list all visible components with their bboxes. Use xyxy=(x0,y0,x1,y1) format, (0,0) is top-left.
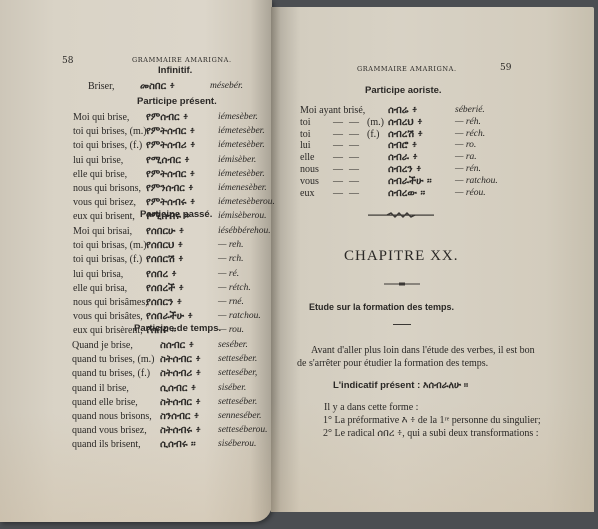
conjugation-row: Quand je brise,ስሰብር ፥seséber. xyxy=(72,340,272,355)
transliteration-text: — réh. xyxy=(455,117,481,127)
list-item: 1° La préformative እ ፥ de la 1ʳᵉ personn… xyxy=(323,415,541,426)
amharic-text: የሰበራችሁ ፥ xyxy=(146,311,193,322)
conjugation-row: Briser, መስበር ፥ mésebér. xyxy=(88,81,268,96)
section-heading: Participe de temps. xyxy=(134,323,221,334)
transliteration-text: — ratchou. xyxy=(218,311,261,321)
dash2-text: — xyxy=(349,117,359,128)
dash2-text: — xyxy=(349,129,359,140)
amharic-text: ስንሰብር ፥ xyxy=(160,411,199,422)
transliteration-text: iémetesèberou. xyxy=(218,197,275,207)
french-text: toi qui brisas, (f.) xyxy=(73,254,142,265)
amharic-text: ሰብራችሁ ። xyxy=(388,176,432,187)
transliteration-text: siséber. xyxy=(218,383,246,393)
gender-text: (f.) xyxy=(367,129,380,140)
transliteration-text: iémetesèber. xyxy=(218,140,265,150)
transliteration-text: — rch. xyxy=(218,254,244,264)
amharic-text: ሰብረህ ፥ xyxy=(388,117,422,128)
transliteration-text: iémisèber. xyxy=(218,155,256,165)
french-text: toi qui brises, (m.) xyxy=(73,126,147,137)
amharic-text: ስሰብር ፥ xyxy=(160,340,194,351)
transliteration-text: — réou. xyxy=(455,188,486,198)
pronoun-text: lui xyxy=(300,140,311,151)
transliteration-text: séberié. xyxy=(455,105,485,115)
pronoun-text: nous xyxy=(300,164,319,175)
amharic-text: የሰበርሁ ፥ xyxy=(146,226,184,237)
running-head: GRAMMAIRE AMARIGNA. xyxy=(132,56,232,64)
transliteration-text: — réch. xyxy=(455,129,485,139)
transliteration-text: — rné. xyxy=(218,297,244,307)
conjugation-row: quand nous brisons,ስንሰብር ፥senneséber. xyxy=(72,411,272,426)
amharic-text: ስትሰብሩ ፥ xyxy=(160,425,201,436)
transliteration-text: iémisèberou. xyxy=(218,211,266,221)
amharic-text: የምትሰብሩ ፥ xyxy=(146,197,195,208)
page-number: 59 xyxy=(500,63,511,73)
amharic-text: የምንሰብር ፥ xyxy=(146,183,194,194)
conjugation-row: quand tu brises, (m.)ስትሰብር ፥setteséber. xyxy=(72,354,272,369)
conjugation-row: lui qui brisa,የሰበረ ፥— ré. xyxy=(73,269,273,284)
conjugation-row: toi qui brisas, (f.)የሰበርሽ ፥— rch. xyxy=(73,254,273,269)
amharic-text: የሰበረ ፥ xyxy=(146,269,177,280)
conjugation-row: elle qui brise,የምትሰብር ፥iémetesèber. xyxy=(73,169,273,184)
pronoun-text: toi xyxy=(300,129,311,140)
french-text: vous qui brisâtes, xyxy=(73,311,143,322)
paragraph-line: Avant d'aller plus loin dans l'étude des… xyxy=(311,345,535,356)
french-text: quand vous brisez, xyxy=(72,425,147,436)
transliteration-text: siséberou. xyxy=(218,439,256,449)
conjugation-row: quand vous brisez,ስትሰብሩ ፥setteséberou. xyxy=(72,425,272,440)
gender-text: (m.) xyxy=(367,117,384,128)
pronoun-text: vous xyxy=(300,176,319,187)
french-text: quand elle brise, xyxy=(72,397,138,408)
running-head: GRAMMAIRE AMARIGNA. xyxy=(357,65,457,73)
dash2-text: — xyxy=(349,140,359,151)
pronoun-text: Moi ayant brisé, xyxy=(300,105,365,116)
conjugation-row: quand ils brisent,ሲሰብሩ ።siséberou. xyxy=(72,439,272,454)
french-text: quand nous brisons, xyxy=(72,411,152,422)
french-text: nous qui brisons, xyxy=(73,183,141,194)
amharic-text: ስትሰብር ፥ xyxy=(160,397,201,408)
chapter-title: CHAPITRE XX. xyxy=(344,248,459,265)
section-heading: Participe aoriste. xyxy=(365,85,442,96)
pronoun-text: toi xyxy=(300,117,311,128)
dash1-text: — xyxy=(333,129,343,140)
amharic-text: ሰብረው ። xyxy=(388,188,425,199)
transliteration-text: setteséber. xyxy=(218,397,257,407)
conjugation-row: toi qui brisas, (m.)የሰበርህ ፥— reh. xyxy=(73,240,273,255)
transliteration-text: iémetesèber. xyxy=(218,169,265,179)
conjugation-row: nous qui brisons,የምንሰብር ፥iémenesèber. xyxy=(73,183,273,198)
french-text: lui qui brise, xyxy=(73,155,123,166)
french-text: quand il brise, xyxy=(72,383,129,394)
amharic-text: የምትሰብር ፥ xyxy=(146,126,195,137)
transliteration-text: — ré. xyxy=(218,269,239,279)
transliteration-text: — reh. xyxy=(218,240,244,250)
paragraph-line: de s'arrêter pour étudier la formation d… xyxy=(297,358,488,369)
conjugation-row: Moi qui brisai,የሰበርሁ ፥iésébbérehou. xyxy=(73,226,273,241)
amharic-text: ስትሰብር ፥ xyxy=(160,354,201,365)
amharic-text: ስትሰብሪ ፥ xyxy=(160,368,201,379)
transliteration-text: — ro. xyxy=(455,140,476,150)
right-page: GRAMMAIRE AMARIGNA. 59 Participe aoriste… xyxy=(271,7,594,512)
transliteration-text: — rou. xyxy=(218,325,244,335)
dash1-text: — xyxy=(333,117,343,128)
section-heading: Participe passé. xyxy=(140,209,212,220)
amharic-text: የሰበረች ፥ xyxy=(146,283,184,294)
french-text: Quand je brise, xyxy=(72,340,133,351)
dash1-text: — xyxy=(333,140,343,151)
amharic-text: ሰብረሽ ፥ xyxy=(388,129,423,140)
french-text: Moi qui brisai, xyxy=(73,226,132,237)
amharic-text: ሰብሬ ፥ xyxy=(388,105,417,116)
conjugation-row: elle qui brisa,የሰበረች ፥— rétch. xyxy=(73,283,273,298)
french-text: quand tu brises, (m.) xyxy=(72,354,155,365)
transliteration-text: setteséberou. xyxy=(218,425,268,435)
amharic-text: ሰብራ ፥ xyxy=(388,152,418,163)
conjugation-row: quand elle brise,ስትሰብር ፥setteséber. xyxy=(72,397,272,412)
french-text: eux qui brisent, xyxy=(73,211,135,222)
dash1-text: — xyxy=(333,176,343,187)
intro-line: Il y a dans cette forme : xyxy=(324,402,418,413)
french-text: toi qui brisas, (m.) xyxy=(73,240,147,251)
french-text: toi qui brises, (f.) xyxy=(73,140,142,151)
transliteration-text: — ratchou. xyxy=(455,176,498,186)
french-text: vous qui brisez, xyxy=(73,197,136,208)
french-text: lui qui brisa, xyxy=(73,269,123,280)
transliteration-text: — rén. xyxy=(455,164,481,174)
conjugation-row: eux——ሰብረው ።— réou. xyxy=(300,188,550,203)
conjugation-row: lui qui brise,የሚሰብር ፥iémisèber. xyxy=(73,155,273,170)
conjugation-row: Moi qui brise,የምሰብር ፥iémesèber. xyxy=(73,112,273,127)
french-text: quand tu brises, (f.) xyxy=(72,368,150,379)
amharic-text: የሰበርን ፥ xyxy=(146,297,182,308)
list-item: 2° Le radical ሰበረ ፥, qui a subi deux tra… xyxy=(323,428,539,439)
conjugation-row: quand il brise,ሲሰብር ፥siséber. xyxy=(72,383,272,398)
french-text: nous qui brisâmes, xyxy=(73,297,148,308)
transliteration-text: senneséber. xyxy=(218,411,262,421)
left-page: 58 GRAMMAIRE AMARIGNA. Infinitif. Briser… xyxy=(0,0,272,522)
amharic-text: የሰበርህ ፥ xyxy=(146,240,183,251)
dash2-text: — xyxy=(349,188,359,199)
dash1-text: — xyxy=(333,188,343,199)
conjugation-row: toi qui brises, (f.)የምትሰብሪ ፥iémetesèber. xyxy=(73,140,273,155)
short-rule xyxy=(393,324,411,325)
dash2-text: — xyxy=(349,176,359,187)
amharic-text: ሲሰብሩ ። xyxy=(160,439,196,450)
amharic-text: የምሰብር ፥ xyxy=(146,112,188,123)
amharic-text: የምትሰብር ፥ xyxy=(146,169,195,180)
transliteration-text: setteséber. xyxy=(218,354,257,364)
transliteration-text: — ra. xyxy=(455,152,477,162)
conjugation-row: quand tu brises, (f.)ስትሰብሪ ፥setteséber, xyxy=(72,368,272,383)
amharic-text: ሰብሮ ፥ xyxy=(388,140,417,151)
french-text: eux qui brisèrent, xyxy=(73,325,143,336)
subheading: L'indicatif présent : እሰብራለሁ ። xyxy=(333,380,468,391)
pronoun-text: eux xyxy=(300,188,314,199)
french-text: quand ils brisent, xyxy=(72,439,141,450)
transliteration-text: — rétch. xyxy=(218,283,251,293)
transliteration-text: seséber. xyxy=(218,340,248,350)
amharic-text: ሲሰብር ፥ xyxy=(160,383,196,394)
conjugation-row: toi qui brises, (m.)የምትሰብር ፥iémetesèber. xyxy=(73,126,273,141)
amharic-text: የሚሰብር ፥ xyxy=(146,155,190,166)
french-text: Moi qui brise, xyxy=(73,112,129,123)
ornament-divider xyxy=(384,271,420,290)
dash1-text: — xyxy=(333,152,343,163)
french-text: elle qui brisa, xyxy=(73,283,127,294)
pronoun-text: elle xyxy=(300,152,314,163)
transliteration-text: setteséber, xyxy=(218,368,257,378)
french-text: elle qui brise, xyxy=(73,169,127,180)
conjugation-row: nous qui brisâmes,የሰበርን ፥— rné. xyxy=(73,297,273,312)
dash2-text: — xyxy=(349,164,359,175)
amharic-text: ሰብረን ፥ xyxy=(388,164,421,175)
dash2-text: — xyxy=(349,152,359,163)
transliteration-text: iémesèber. xyxy=(218,112,258,122)
transliteration-text: iésébbérehou. xyxy=(218,226,271,236)
dash1-text: — xyxy=(333,164,343,175)
transliteration-text: iémenesèber. xyxy=(218,183,267,193)
amharic-text: የምትሰብሪ ፥ xyxy=(146,140,195,151)
page-number: 58 xyxy=(62,56,73,66)
chapter-subtitle: Etude sur la formation des temps. xyxy=(309,302,454,312)
amharic-text: የሰበርሽ ፥ xyxy=(146,254,184,265)
section-heading: Infinitif. xyxy=(158,65,192,76)
ornament-divider xyxy=(368,203,434,222)
section-heading: Participe présent. xyxy=(137,96,217,107)
transliteration-text: iémetesèber. xyxy=(218,126,265,136)
